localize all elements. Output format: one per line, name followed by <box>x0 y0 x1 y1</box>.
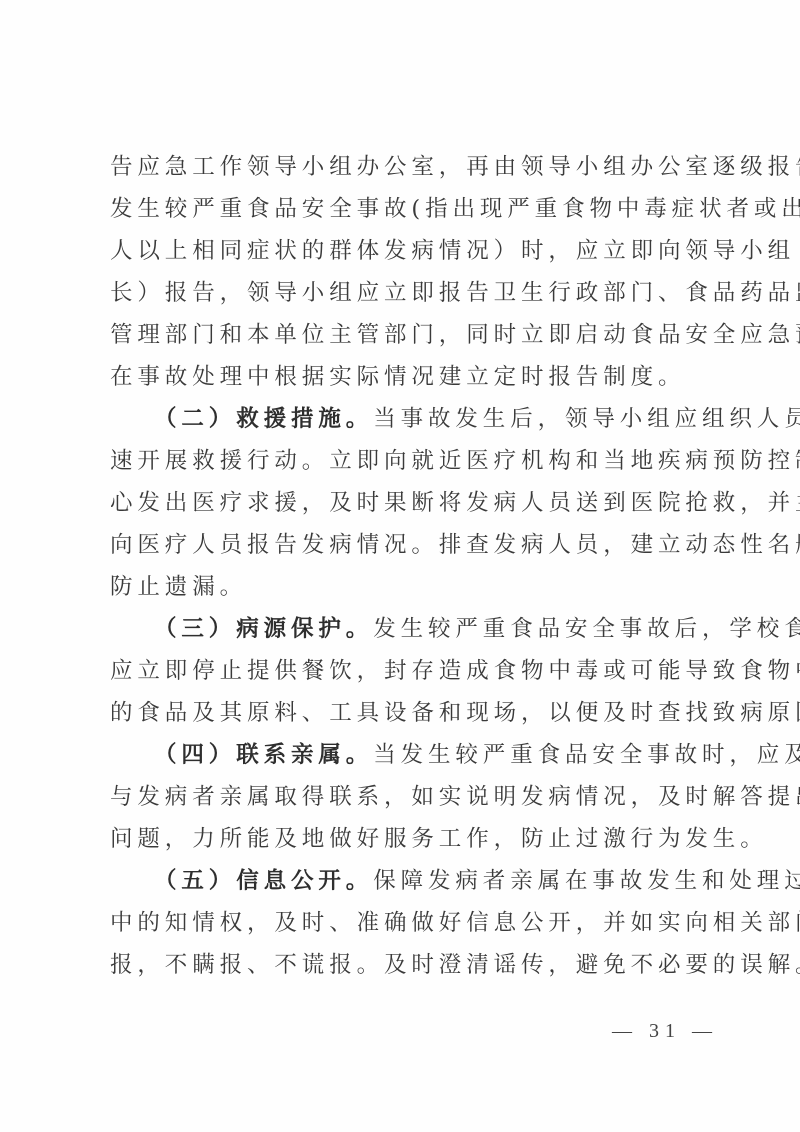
text-line: 发生较严重食品安全事故(指出现严重食物中毒症状者或出现3 <box>110 188 690 230</box>
section-heading-rescue: （二）救援措施。 <box>154 406 373 432</box>
text-fragment: 保障发病者亲属在事故发生和处理过程 <box>373 868 800 894</box>
text-line: 向医疗人员报告发病情况。排查发病人员，建立动态性名册， <box>110 524 690 566</box>
page-number: — 31 — <box>612 1020 718 1043</box>
text-line: 告应急工作领导小组办公室，再由领导小组办公室逐级报告； <box>110 146 690 188</box>
text-line: 人以上相同症状的群体发病情况）时，应立即向领导小组（组 <box>110 230 690 272</box>
text-fragment: 发生较严重食品安全事故后，学校食堂 <box>373 616 800 642</box>
text-line: 速开展救援行动。立即向就近医疗机构和当地疾病预防控制中 <box>110 440 690 482</box>
paragraph-first-line: （五）信息公开。保障发病者亲属在事故发生和处理过程 <box>110 860 690 902</box>
paragraph-first-line: （三）病源保护。发生较严重食品安全事故后，学校食堂 <box>110 608 690 650</box>
text-line: 在事故处理中根据实际情况建立定时报告制度。 <box>110 356 690 398</box>
section-heading-contact-relatives: （四）联系亲属。 <box>154 742 373 768</box>
text-line: 中的知情权，及时、准确做好信息公开，并如实向相关部门汇 <box>110 902 690 944</box>
text-line: 报，不瞒报、不谎报。及时澄清谣传，避免不必要的误解。 <box>110 944 690 986</box>
text-line: 心发出医疗求援，及时果断将发病人员送到医院抢救，并主动 <box>110 482 690 524</box>
document-page: 告应急工作领导小组办公室，再由领导小组办公室逐级报告； 发生较严重食品安全事故(… <box>0 0 800 1132</box>
text-line: 防止遗漏。 <box>110 566 690 608</box>
text-line: 应立即停止提供餐饮，封存造成食物中毒或可能导致食物中毒 <box>110 650 690 692</box>
document-body: 告应急工作领导小组办公室，再由领导小组办公室逐级报告； 发生较严重食品安全事故(… <box>110 146 690 986</box>
paragraph-first-line: （四）联系亲属。当发生较严重食品安全事故时，应及时 <box>110 734 690 776</box>
text-line: 问题，力所能及地做好服务工作，防止过激行为发生。 <box>110 818 690 860</box>
paragraph-first-line: （二）救援措施。当事故发生后，领导小组应组织人员迅 <box>110 398 690 440</box>
text-line: 的食品及其原料、工具设备和现场，以便及时查找致病原因。 <box>110 692 690 734</box>
section-heading-info-disclosure: （五）信息公开。 <box>154 868 373 894</box>
text-fragment: 当事故发生后，领导小组应组织人员迅 <box>373 406 800 432</box>
section-heading-source-protection: （三）病源保护。 <box>154 616 373 642</box>
text-line: 管理部门和本单位主管部门，同时立即启动食品安全应急预案。 <box>110 314 690 356</box>
text-fragment: 当发生较严重食品安全事故时，应及时 <box>373 742 800 768</box>
text-line: 与发病者亲属取得联系，如实说明发病情况，及时解答提出的 <box>110 776 690 818</box>
text-line: 长）报告，领导小组应立即报告卫生行政部门、食品药品监督 <box>110 272 690 314</box>
